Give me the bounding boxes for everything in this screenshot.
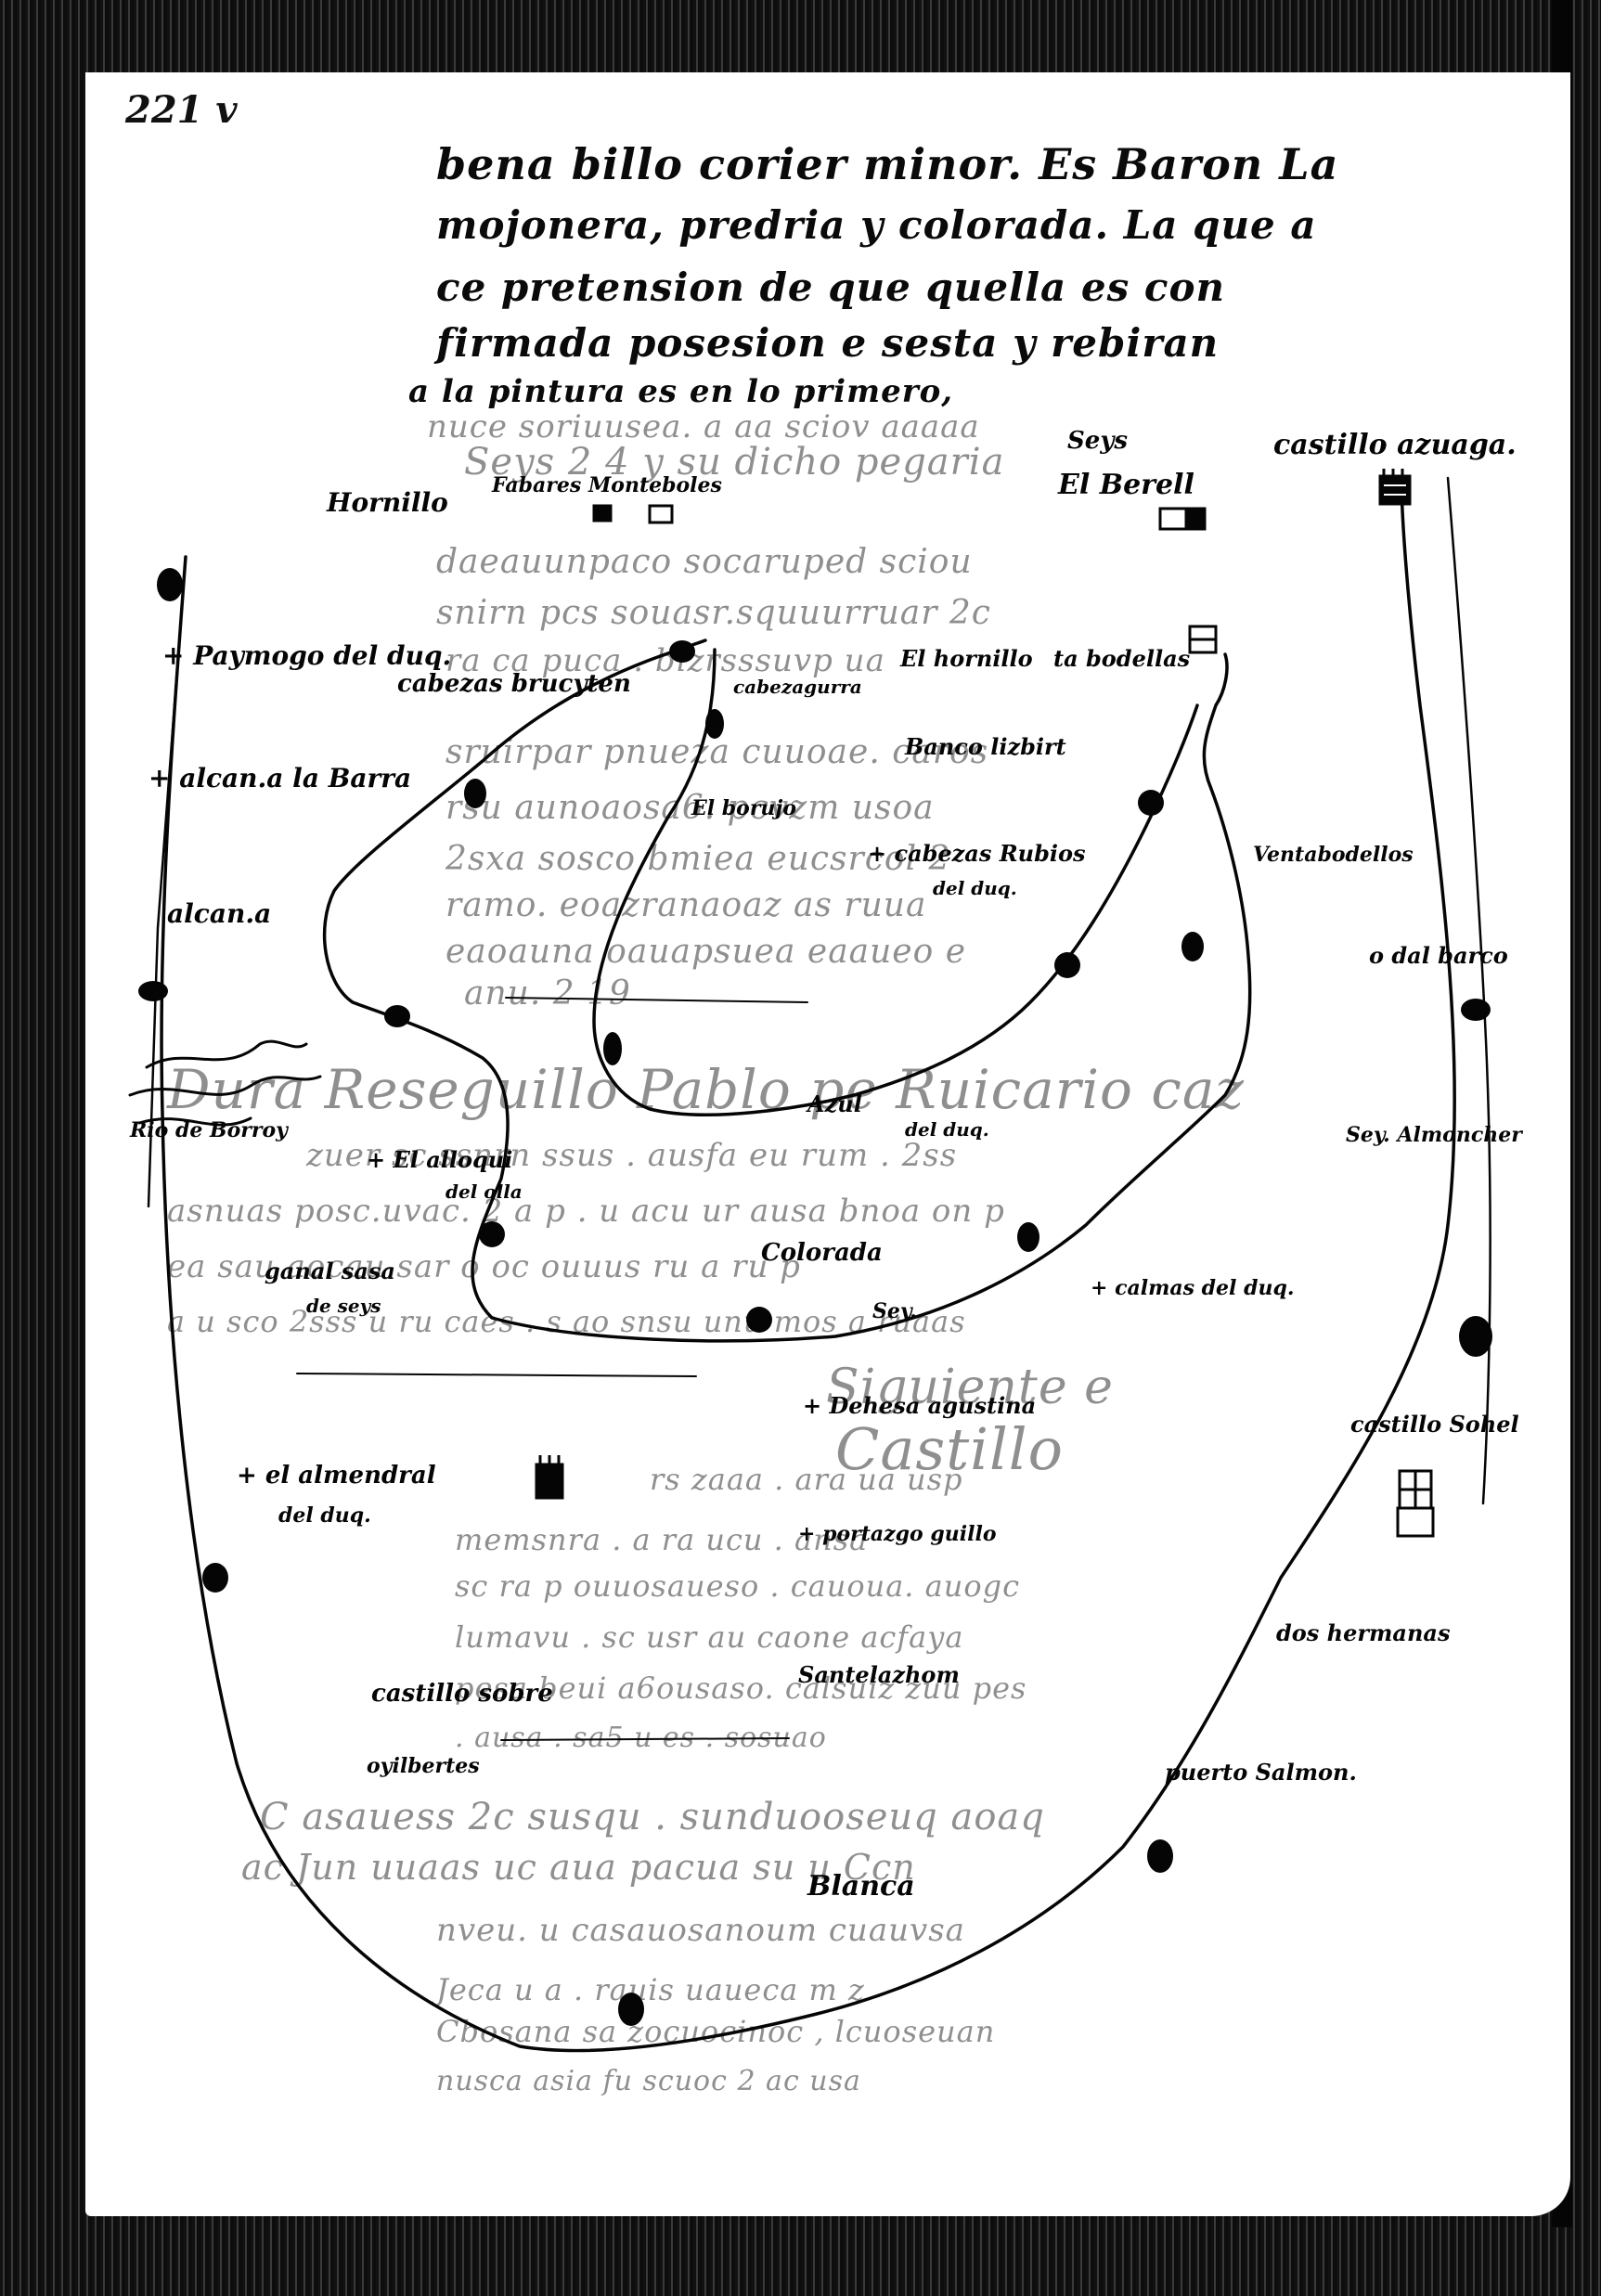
- label-azul: Azul: [807, 1090, 862, 1117]
- boundary-marker-icon: [1017, 1222, 1039, 1252]
- label-de-seys: de seys: [306, 1295, 381, 1317]
- boundary-marker-icon: [1461, 999, 1491, 1021]
- label-fabares-monteboles: Fabares Monteboles: [492, 473, 722, 497]
- label-del-duq-3: del duq.: [278, 1503, 371, 1528]
- label-paymogo: + Paymogo del duq.: [162, 640, 451, 671]
- boundary-marker-icon: [746, 1307, 772, 1333]
- label-dehesa-agustina: + Dehesa agustina: [803, 1392, 1036, 1419]
- boundary-marker-icon: [603, 1032, 622, 1065]
- label-santelazhom: Santelazhom: [798, 1661, 960, 1688]
- castle-icon: [1398, 1471, 1433, 1536]
- boundary-marker-icon: [464, 779, 486, 808]
- label-el-berrocal: El Berell: [1058, 469, 1194, 501]
- tower-icon: [650, 506, 672, 522]
- label-seys: Seys: [1067, 427, 1128, 455]
- label-de-la-olla: del olla: [445, 1180, 523, 1203]
- label-el-alloqui: + El alloqui: [367, 1146, 512, 1173]
- boundary-marker-icon: [1054, 952, 1080, 978]
- label-el-hornillo: El hornillo: [900, 645, 1033, 672]
- label-portazgo-guillo: + portazgo guillo: [798, 1522, 997, 1546]
- label-ventabodellos: Ventabodellos: [1253, 843, 1414, 867]
- castle-icon: [1380, 469, 1410, 504]
- label-dos-hermanas: dos hermanas: [1276, 1619, 1450, 1646]
- label-alcan-la-barra: + alcan.a la Barra: [148, 763, 411, 793]
- label-del-duq-2: del duq.: [905, 1118, 989, 1141]
- boundary-marker-icon: [138, 981, 168, 1001]
- label-oyilbertes: oyilbertes: [367, 1754, 480, 1778]
- tower-icon: [1160, 509, 1186, 529]
- label-el-almendral: + el almendral: [237, 1462, 436, 1490]
- divider-line: [506, 998, 807, 1002]
- boundary-marker-icon: [479, 1221, 505, 1247]
- label-banco-lizbirt: Banco lizbirt: [905, 733, 1066, 760]
- boundary-marker-icon: [202, 1563, 228, 1593]
- boundary-marker-icon: [1181, 932, 1204, 961]
- boundary-marker-icon: [705, 709, 724, 739]
- boundary-marker-icon: [1147, 1839, 1173, 1873]
- label-cabezas-brucyten: cabezas brucyten: [397, 670, 631, 698]
- inner-boundary-line: [325, 640, 1250, 1341]
- label-el-borujo: El borujo: [691, 796, 796, 820]
- label-o-dal-barco: o dal barco: [1369, 942, 1508, 969]
- label-castillo-azuaga: castillo azuaga.: [1273, 429, 1517, 461]
- label-ganal-sasa: ganal sasa: [265, 1258, 395, 1284]
- divider-line: [501, 1738, 789, 1740]
- label-cabezas-rubios: + cabezas Rubios: [868, 840, 1086, 867]
- label-alcan: alcan.a: [167, 898, 271, 929]
- tower-icon: [1190, 626, 1216, 652]
- label-del-duq: del duq.: [933, 877, 1017, 899]
- label-castillo-sobre: castillo sobre: [371, 1680, 553, 1708]
- tower-icon: [1186, 509, 1205, 529]
- boundary-marker-icon: [157, 568, 183, 601]
- label-blanca: Blanca: [807, 1870, 915, 1903]
- label-cabezagurra: cabezagurra: [733, 676, 862, 698]
- sketch-map: [0, 0, 1601, 2296]
- label-colorada: Colorada: [761, 1239, 883, 1267]
- river-icon: [130, 1077, 320, 1095]
- label-puerto-salmon: puerto Salmon.: [1165, 1759, 1357, 1786]
- inner-region-line: [594, 650, 1197, 1115]
- boundary-marker-icon: [669, 640, 695, 663]
- boundary-marker-icon: [1138, 790, 1164, 816]
- label-rio-de-borroy: Rio de Borroy: [130, 1118, 288, 1142]
- label-sey: Sey.: [872, 1299, 917, 1323]
- boundary-marker-icon: [384, 1005, 410, 1027]
- label-venta-bodellas: ta bodellas: [1053, 645, 1190, 672]
- boundary-marker-icon: [1459, 1316, 1492, 1357]
- label-hornillo: Hornillo: [327, 487, 448, 518]
- river-icon: [147, 1041, 306, 1067]
- label-calmas-del-duq: + calmas del duq.: [1091, 1276, 1295, 1300]
- label-castillo-sohel: castillo Sohel: [1350, 1411, 1519, 1438]
- label-sey-almoncher: Sey. Almoncher: [1346, 1123, 1522, 1147]
- divider-line: [297, 1374, 696, 1376]
- castle-icon: [536, 1455, 562, 1498]
- boundary-marker-icon: [618, 1993, 644, 2026]
- tower-icon: [594, 506, 611, 521]
